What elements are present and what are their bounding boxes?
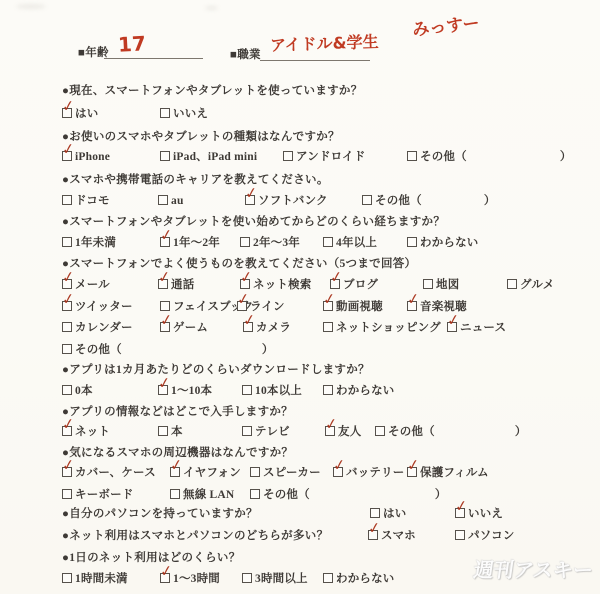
survey-question: ●お使いのスマホやタブレットの種類はなんですか？ bbox=[62, 130, 340, 145]
survey-option: 1時間未満 bbox=[62, 572, 128, 586]
checkmark-icon: ✓ bbox=[454, 498, 469, 515]
option-label: 1年〜2年 bbox=[173, 237, 220, 249]
survey-option: ✓iPhone bbox=[62, 150, 110, 164]
checkbox[interactable]: ✓ bbox=[330, 279, 340, 289]
survey-option: iPad、iPad mini bbox=[160, 150, 257, 164]
survey-option: ✓カメラ bbox=[243, 321, 291, 335]
survey-option: 無線 LAN bbox=[170, 488, 234, 502]
survey-option: 3時間以上 bbox=[242, 572, 308, 586]
survey-option: ネットショッピング bbox=[323, 321, 441, 335]
checkmark-icon: ✓ bbox=[446, 312, 461, 329]
survey-option: ✓ブログ bbox=[330, 278, 378, 292]
option-label: 地図 bbox=[436, 279, 459, 291]
checkbox[interactable] bbox=[62, 237, 72, 247]
option-label: 2年〜3年 bbox=[253, 237, 300, 249]
checkbox[interactable] bbox=[160, 151, 170, 161]
survey-option: 1年未満 bbox=[62, 236, 116, 250]
checkbox[interactable]: ✓ bbox=[455, 508, 465, 518]
checkbox[interactable] bbox=[283, 151, 293, 161]
option-label: スピーカー bbox=[263, 467, 321, 479]
paren-close: ） bbox=[484, 195, 496, 207]
survey-question: ●1日のネット利用はどのくらい？ bbox=[62, 551, 241, 566]
checkbox[interactable] bbox=[323, 322, 333, 332]
survey-question: ●スマホや携帯電話のキャリアを教えてください。 bbox=[62, 173, 329, 188]
option-label: 1〜3時間 bbox=[173, 573, 220, 585]
survey-option: ✓1年〜2年 bbox=[160, 236, 220, 250]
survey-option: 2年〜3年 bbox=[240, 236, 300, 250]
option-label: iPhone bbox=[75, 151, 110, 163]
checkbox[interactable] bbox=[242, 385, 252, 395]
checkbox[interactable] bbox=[242, 573, 252, 583]
option-label: 動画視聴 bbox=[336, 301, 383, 313]
option-label: 友人 bbox=[338, 426, 361, 438]
checkmark-icon: ✓ bbox=[324, 416, 339, 433]
watermark-logo: 週刊アスキー bbox=[472, 554, 595, 583]
checkbox[interactable] bbox=[250, 489, 260, 499]
checkbox[interactable]: ✓ bbox=[447, 322, 457, 332]
checkbox[interactable]: ✓ bbox=[158, 385, 168, 395]
checkmark-icon: ✓ bbox=[61, 416, 76, 433]
survey-option: ✓1〜10本 bbox=[158, 384, 212, 398]
checkmark-icon: ✓ bbox=[61, 457, 76, 474]
checkbox[interactable] bbox=[323, 573, 333, 583]
option-label: 1〜10本 bbox=[171, 385, 212, 397]
option-label: バッテリー bbox=[346, 467, 405, 479]
checkmark-icon: ✓ bbox=[61, 98, 76, 115]
survey-option: その他（） bbox=[250, 488, 447, 502]
survey-option: ✓動画視聴 bbox=[323, 300, 383, 314]
option-label: ニュース bbox=[460, 322, 506, 334]
checkbox[interactable] bbox=[62, 489, 72, 499]
occupation-underline bbox=[260, 60, 370, 61]
survey-question: ●現在、スマートフォンやタブレットを使っていますか？ bbox=[62, 84, 363, 99]
survey-option: 0本 bbox=[62, 384, 93, 398]
checkbox[interactable] bbox=[158, 426, 168, 436]
checkbox[interactable] bbox=[160, 108, 170, 118]
checkbox[interactable]: ✓ bbox=[160, 573, 170, 583]
checkbox[interactable] bbox=[375, 426, 385, 436]
checkmark-icon: ✓ bbox=[169, 457, 184, 474]
option-label: はい bbox=[75, 108, 98, 120]
checkbox[interactable] bbox=[240, 237, 250, 247]
survey-option: パソコン bbox=[455, 529, 515, 543]
option-label: 無線 LAN bbox=[183, 489, 234, 501]
survey-option: ✓保護フィルム bbox=[407, 466, 489, 480]
option-label: ネット検索 bbox=[253, 279, 312, 291]
checkbox[interactable] bbox=[323, 237, 333, 247]
paren-close: ） bbox=[435, 489, 447, 501]
survey-option: ✓ゲーム bbox=[160, 321, 208, 335]
survey-option: カレンダー bbox=[62, 321, 133, 335]
checkbox[interactable]: ✓ bbox=[325, 426, 335, 436]
checkbox[interactable]: ✓ bbox=[62, 151, 72, 161]
checkbox[interactable] bbox=[62, 195, 72, 205]
checkbox[interactable]: ✓ bbox=[333, 467, 343, 477]
survey-option: ✓スマホ bbox=[368, 529, 416, 543]
checkmark-icon: ✓ bbox=[61, 291, 76, 308]
survey-option: 本 bbox=[158, 425, 183, 439]
option-label: パソコン bbox=[468, 530, 515, 542]
checkbox[interactable]: ✓ bbox=[62, 301, 72, 311]
checkbox[interactable]: ✓ bbox=[407, 301, 417, 311]
option-label: 通話 bbox=[171, 279, 194, 291]
survey-question: ●アプリは1カ月あたりどのくらいダウンロードしますか？ bbox=[62, 363, 370, 378]
checkmark-icon: ✓ bbox=[329, 269, 344, 286]
checkmark-icon: ✓ bbox=[367, 520, 382, 537]
survey-option: わからない bbox=[323, 384, 395, 398]
scan-smudge bbox=[205, 6, 218, 10]
checkmark-icon: ✓ bbox=[61, 269, 76, 286]
option-label: 1年未満 bbox=[75, 237, 116, 249]
occupation-label: ■職業 bbox=[230, 46, 261, 62]
option-label: テレビ bbox=[255, 426, 290, 438]
checkmark-icon: ✓ bbox=[406, 457, 421, 474]
option-label: わからない bbox=[336, 573, 395, 585]
survey-option: その他（） bbox=[375, 425, 527, 439]
survey-question: ●スマートフォンやタブレットを使い始めてからどのくらい経ちますか？ bbox=[62, 215, 445, 230]
survey-option: ✓ネット bbox=[62, 425, 110, 439]
option-label: iPad、iPad mini bbox=[173, 151, 257, 163]
checkmark-icon: ✓ bbox=[236, 291, 251, 308]
checkmark-icon: ✓ bbox=[157, 375, 172, 392]
survey-question: ●自分のパソコンを持っていますか？ bbox=[62, 507, 258, 522]
respondent-nickname: みっすー bbox=[411, 9, 481, 41]
survey-option: ✓ソフトバンク bbox=[245, 194, 328, 208]
paren-close: ） bbox=[515, 426, 527, 438]
checkmark-icon: ✓ bbox=[332, 457, 347, 474]
survey-question: ●アプリの情報などはどこで入手しますか？ bbox=[62, 405, 293, 420]
survey-option: わからない bbox=[407, 236, 479, 250]
checkbox[interactable] bbox=[507, 279, 517, 289]
checkbox[interactable]: ✓ bbox=[170, 467, 180, 477]
checkmark-icon: ✓ bbox=[159, 227, 174, 244]
option-label: ライン bbox=[250, 301, 285, 313]
checkbox[interactable]: ✓ bbox=[160, 322, 170, 332]
checkbox[interactable] bbox=[242, 426, 252, 436]
option-label: グルメ bbox=[520, 279, 554, 291]
checkmark-icon: ✓ bbox=[242, 312, 257, 329]
survey-option: ✓通話 bbox=[158, 278, 194, 292]
option-label: 4年以上 bbox=[336, 237, 377, 249]
checkbox[interactable] bbox=[62, 344, 72, 354]
option-label: その他（ bbox=[263, 489, 310, 501]
option-label: メール bbox=[75, 279, 110, 291]
survey-option: ✓いいえ bbox=[455, 507, 503, 521]
checkbox[interactable]: ✓ bbox=[62, 279, 72, 289]
option-label: いいえ bbox=[468, 508, 503, 520]
option-label: その他（ bbox=[75, 344, 122, 356]
option-label: 1時間未満 bbox=[75, 573, 128, 585]
checkmark-icon: ✓ bbox=[61, 141, 76, 158]
option-label: ネットショッピング bbox=[336, 322, 441, 334]
paren-close: ） bbox=[262, 344, 274, 356]
checkmark-icon: ✓ bbox=[159, 563, 174, 580]
checkbox[interactable] bbox=[158, 195, 168, 205]
option-label: カレンダー bbox=[75, 322, 133, 334]
option-label: わからない bbox=[336, 385, 395, 397]
survey-question: ●ネット利用はスマホとパソコンのどちらが多い？ bbox=[62, 529, 328, 544]
option-label: その他（ bbox=[420, 151, 467, 163]
option-label: キーボード bbox=[75, 489, 134, 501]
checkbox[interactable]: ✓ bbox=[62, 467, 72, 477]
option-label: スマホ bbox=[381, 530, 416, 542]
option-label: 10本以上 bbox=[255, 385, 302, 397]
checkbox[interactable] bbox=[62, 322, 72, 332]
survey-option: ✓ニュース bbox=[447, 321, 506, 335]
survey-option: ✓ツイッター bbox=[62, 300, 133, 314]
checkbox[interactable]: ✓ bbox=[237, 301, 247, 311]
survey-option: その他（） bbox=[407, 150, 572, 164]
survey-option: ✓はい bbox=[62, 107, 98, 121]
option-label: いいえ bbox=[173, 108, 208, 120]
paren-close: ） bbox=[560, 151, 572, 163]
option-label: 本 bbox=[171, 426, 183, 438]
scan-smudge bbox=[16, 4, 46, 9]
checkbox[interactable] bbox=[423, 279, 433, 289]
option-label: カバー、ケース bbox=[75, 467, 156, 479]
option-label: ツイッター bbox=[75, 301, 133, 313]
survey-option: au bbox=[158, 194, 184, 208]
checkbox[interactable]: ✓ bbox=[158, 279, 168, 289]
option-label: 保護フィルム bbox=[420, 467, 489, 479]
survey-option: スピーカー bbox=[250, 466, 321, 480]
option-label: アンドロイド bbox=[296, 151, 365, 163]
occupation-value: アイドル&学生 bbox=[270, 29, 379, 56]
checkbox[interactable] bbox=[170, 489, 180, 499]
checkmark-icon: ✓ bbox=[244, 185, 259, 202]
checkbox[interactable] bbox=[62, 385, 72, 395]
survey-sheet: みっすー ■年齢 17 ■職業 アイドル&学生 ●現在、スマートフォンやタブレッ… bbox=[0, 0, 600, 594]
checkbox[interactable] bbox=[455, 530, 465, 540]
survey-option: わからない bbox=[323, 572, 395, 586]
option-label: 3時間以上 bbox=[255, 573, 308, 585]
checkmark-icon: ✓ bbox=[406, 291, 421, 308]
option-label: はい bbox=[383, 508, 406, 520]
survey-option: 10本以上 bbox=[242, 384, 302, 398]
checkbox[interactable]: ✓ bbox=[245, 195, 255, 205]
checkbox[interactable]: ✓ bbox=[240, 279, 250, 289]
option-label: ゲーム bbox=[173, 322, 208, 334]
age-underline bbox=[104, 58, 203, 59]
survey-option: ✓友人 bbox=[325, 425, 361, 439]
checkbox[interactable]: ✓ bbox=[323, 301, 333, 311]
survey-option: いいえ bbox=[160, 107, 208, 121]
option-label: その他（ bbox=[375, 195, 422, 207]
checkbox[interactable]: ✓ bbox=[407, 467, 417, 477]
option-label: その他（ bbox=[388, 426, 435, 438]
option-label: ブログ bbox=[343, 279, 378, 291]
checkbox[interactable] bbox=[62, 573, 72, 583]
option-label: 音楽視聴 bbox=[420, 301, 467, 313]
checkmark-icon: ✓ bbox=[157, 269, 172, 286]
checkbox[interactable] bbox=[407, 237, 417, 247]
checkbox[interactable]: ✓ bbox=[243, 322, 253, 332]
survey-option: アンドロイド bbox=[283, 150, 365, 164]
checkbox[interactable] bbox=[250, 467, 260, 477]
option-label: ネット bbox=[75, 426, 110, 438]
survey-option: ✓1〜3時間 bbox=[160, 572, 220, 586]
option-label: au bbox=[171, 195, 184, 207]
option-label: 0本 bbox=[75, 385, 93, 397]
checkbox[interactable]: ✓ bbox=[62, 426, 72, 436]
checkbox[interactable] bbox=[323, 385, 333, 395]
survey-option: テレビ bbox=[242, 425, 290, 439]
option-label: わからない bbox=[420, 237, 479, 249]
checkmark-icon: ✓ bbox=[159, 312, 174, 329]
survey-option: ✓カバー、ケース bbox=[62, 466, 156, 480]
age-value: 17 bbox=[117, 31, 146, 56]
survey-option: ✓バッテリー bbox=[333, 466, 405, 480]
checkmark-icon: ✓ bbox=[322, 291, 337, 308]
checkbox[interactable] bbox=[407, 151, 417, 161]
option-label: イヤフォン bbox=[183, 467, 241, 479]
option-label: ソフトバンク bbox=[258, 195, 328, 207]
survey-option: ドコモ bbox=[62, 194, 110, 208]
survey-option: その他（） bbox=[362, 194, 496, 208]
survey-option: グルメ bbox=[507, 278, 554, 292]
survey-option: 4年以上 bbox=[323, 236, 377, 250]
checkbox[interactable]: ✓ bbox=[62, 108, 72, 118]
survey-option: その他（） bbox=[62, 343, 274, 357]
survey-option: 地図 bbox=[423, 278, 459, 292]
checkbox[interactable]: ✓ bbox=[368, 530, 378, 540]
checkbox[interactable]: ✓ bbox=[160, 237, 170, 247]
checkbox[interactable] bbox=[370, 508, 380, 518]
survey-option: ✓イヤフォン bbox=[170, 466, 241, 480]
option-label: ドコモ bbox=[75, 195, 110, 207]
survey-option: ✓ネット検索 bbox=[240, 278, 312, 292]
survey-option: キーボード bbox=[62, 488, 134, 502]
option-label: カメラ bbox=[256, 322, 291, 334]
checkbox[interactable] bbox=[362, 195, 372, 205]
checkmark-icon: ✓ bbox=[239, 269, 254, 286]
